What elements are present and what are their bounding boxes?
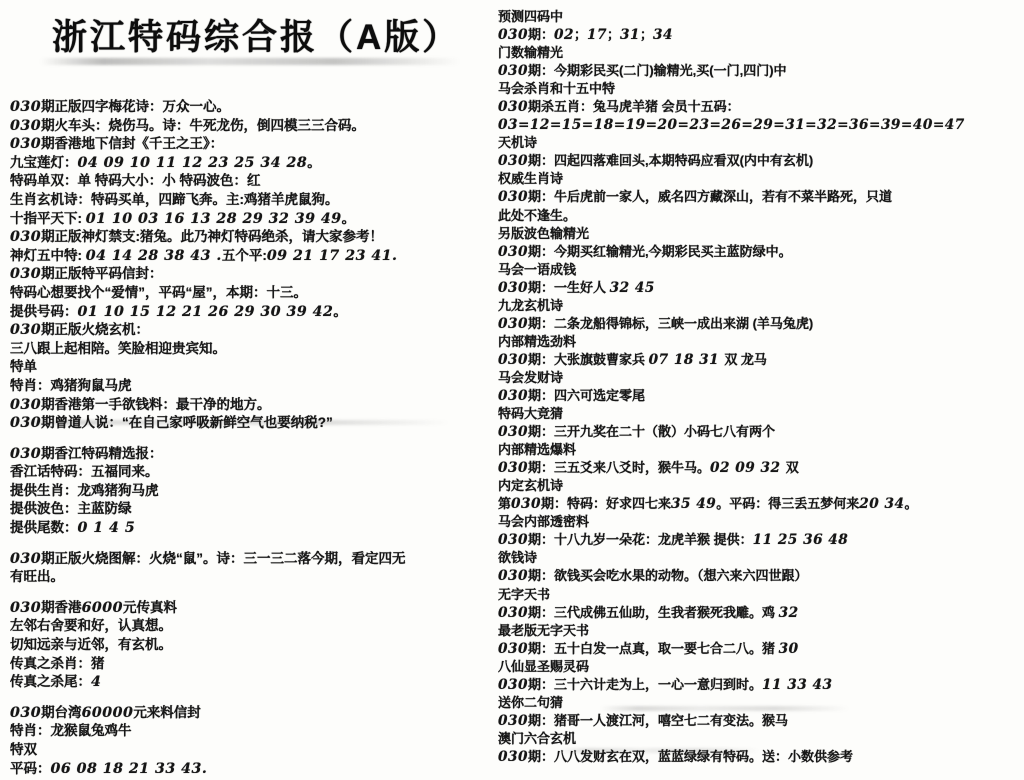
text-line: 030期火车头：烧伤马。诗：牛死龙伤，倒四模三三合码。: [10, 117, 496, 136]
text-line: 马会发财诗: [498, 369, 1020, 387]
text-line: 030期：三十六计走为上，一心一意归到时。11 33 43: [498, 676, 1020, 694]
text-line: 切知远亲与近邻，有玄机。: [10, 636, 496, 655]
text-line: 九宝莲灯：04 09 10 11 12 23 25 34 28。: [10, 154, 496, 173]
text-line: 神灯五中特: 04 14 28 38 43 .五个平:09 21 17 23 4…: [10, 247, 496, 266]
text-line: 030期：大张旗鼓曹家兵 07 18 31 双 龙马: [498, 351, 1020, 369]
text-line: 030期香江特码精选报：: [10, 445, 496, 464]
text-line: 特双: [10, 741, 496, 760]
text-line: 另版波色输精光: [498, 225, 1020, 243]
text-line: 有旺出。: [10, 568, 496, 587]
text-line: 马会一语成钱: [498, 261, 1020, 279]
text-line: 最老版无字天书: [498, 622, 1020, 640]
text-line: 030期：十八九岁一朵花：龙虎羊猴 提供：11 25 36 48: [498, 531, 1020, 549]
text-line: 030期正版四字梅花诗：万众一心。: [10, 98, 496, 117]
text-line: 提供波色：主蓝防绿: [10, 500, 496, 519]
text-line: 左邻右舍要和好，认真想。: [10, 617, 496, 636]
text-line: 030期：五十白发一点真，取一要七合二八。猪 30: [498, 640, 1020, 658]
text-line: 030期：牛后虎前一家人，威名四方藏深山，若有不菜半路死，只道: [498, 188, 1020, 206]
text-line: 030期：欲钱买会吃水果的动物。（想六来六四世跟）: [498, 567, 1020, 585]
text-line: 特单: [10, 358, 496, 377]
text-line: 澳门六合玄机: [498, 730, 1020, 748]
text-line: 预测四码中: [498, 8, 1020, 26]
text-line: 030期杀五肖：兔马虎羊猪 会员十五码：: [498, 98, 1020, 116]
text-line: 传真之杀尾：4: [10, 673, 496, 692]
text-line: 030期正版火烧玄机：: [10, 321, 496, 340]
left-column: 030期正版四字梅花诗：万众一心。030期火车头：烧伤马。诗：牛死龙伤，倒四模三…: [10, 98, 496, 778]
text-line: 内定玄机诗: [498, 477, 1020, 495]
text-line: 十指平天下: 01 10 03 16 13 28 29 32 39 49。: [10, 210, 496, 229]
text-line: 权威生肖诗: [498, 170, 1020, 188]
text-line: 门数输精光: [498, 44, 1020, 62]
text-line: 马会杀肖和十五中特: [498, 80, 1020, 98]
text-line: 03=12=15=18=19=20=23=26=29=31=32=36=39=4…: [498, 116, 1020, 134]
text-line: 提供号码：01 10 15 12 21 26 29 30 39 42。: [10, 303, 496, 322]
text-line: 此处不逢生。: [498, 207, 1020, 225]
text-line: 三八跟上起相陪。笑脸相迎贵宾知。: [10, 340, 496, 359]
text-line: 送你二句猜: [498, 694, 1020, 712]
text-line: 030期：02；17；31；34: [498, 26, 1020, 44]
text-line: 030期：三代成佛五仙助，生我者猴死我雕。鸡 32: [498, 604, 1020, 622]
text-line: 提供尾数：0 1 4 5: [10, 519, 496, 538]
text-line: 030期：猪哥一人渡江河，嘻空七二有变法。猴马: [498, 712, 1020, 730]
text-line: 特码单双：单 特码大小：小 特码波色：红: [10, 172, 496, 191]
text-line: 内部精选爆料: [498, 441, 1020, 459]
text-line: 030期：二条龙船得锦标，三峡一成出来湖 (羊马兔虎): [498, 315, 1020, 333]
text-line: 030期：三五爻来八爻时，猴牛马。02 09 32 双: [498, 459, 1020, 477]
text-line: 平码：06 08 18 21 33 43.: [10, 760, 496, 779]
text-line: 030期曾道人说：“在自己家呼吸新鲜空气也要纳税?”: [10, 414, 496, 433]
text-line: 030期正版火烧图解：火烧“鼠”。诗：三一三二落今期，看定四无: [10, 550, 496, 569]
text-line: 特肖：龙猴鼠兔鸡牛: [10, 722, 496, 741]
text-line: 030期：一生好人 32 45: [498, 279, 1020, 297]
text-line: 030期：八八发财玄在双，蓝蓝绿绿有特码。送：小数供参考: [498, 748, 1020, 766]
text-line: 030期香港第一手欲钱料：最干净的地方。: [10, 396, 496, 415]
text-line: 特码心想要找个“爱情”，平码“屋”，本期：十三。: [10, 284, 496, 303]
text-line: 提供生肖：龙鸡猪狗马虎: [10, 482, 496, 501]
scanned-lottery-sheet: 浙江特码综合报（A版） 030期正版四字梅花诗：万众一心。030期火车头：烧伤马…: [0, 0, 1024, 780]
text-line: 030期：今期彩民买(二门)输精光,买(一门,四门)中: [498, 62, 1020, 80]
text-line: 天机诗: [498, 134, 1020, 152]
text-line: 传真之杀肖：猪: [10, 655, 496, 674]
text-line: 香江话特码：五福同来。: [10, 463, 496, 482]
text-line: 030期正版神灯禁支:猪兔。此乃神灯特码绝杀，请大家参考！: [10, 228, 496, 247]
right-column: 预测四码中030期：02；17；31；34门数输精光030期：今期彩民买(二门)…: [498, 8, 1020, 766]
text-line: 特肖：鸡猪狗鼠马虎: [10, 377, 496, 396]
text-line: 八仙显圣赐灵码: [498, 658, 1020, 676]
text-line: 030期香港6000元传真料: [10, 599, 496, 618]
text-line: 欲钱诗: [498, 549, 1020, 567]
text-line: 030期正版特平码信封：: [10, 265, 496, 284]
text-line: 九龙玄机诗: [498, 297, 1020, 315]
text-line: 马会内部透密料: [498, 513, 1020, 531]
text-line: 030期：四起四落难回头,本期特码应看双(内中有玄机): [498, 152, 1020, 170]
text-line: 030期：三开九奖在二十（散）小码七八有两个: [498, 423, 1020, 441]
text-line: 内部精选劲料: [498, 333, 1020, 351]
text-line: 030期香港地下信封《千王之王》：: [10, 135, 496, 154]
text-line: 无字天书: [498, 586, 1020, 604]
text-line: 030期：今期买红输精光,今期彩民买主蓝防绿中。: [498, 243, 1020, 261]
text-line: 第030期：特码：好求四七来35 49。平码：得三丢五梦何来20 34。: [498, 495, 1020, 513]
scan-smudge-under-title: [40, 58, 460, 65]
text-line: 生肖玄机诗：特码买单，四蹄飞奔。主:鸡猪羊虎鼠狗。: [10, 191, 496, 210]
page-title: 浙江特码综合报（A版）: [52, 10, 460, 60]
text-line: 030期台湾60000元来料信封: [10, 704, 496, 723]
text-line: 特码大竞猜: [498, 405, 1020, 423]
text-line: 030期：四六可选定零尾: [498, 387, 1020, 405]
